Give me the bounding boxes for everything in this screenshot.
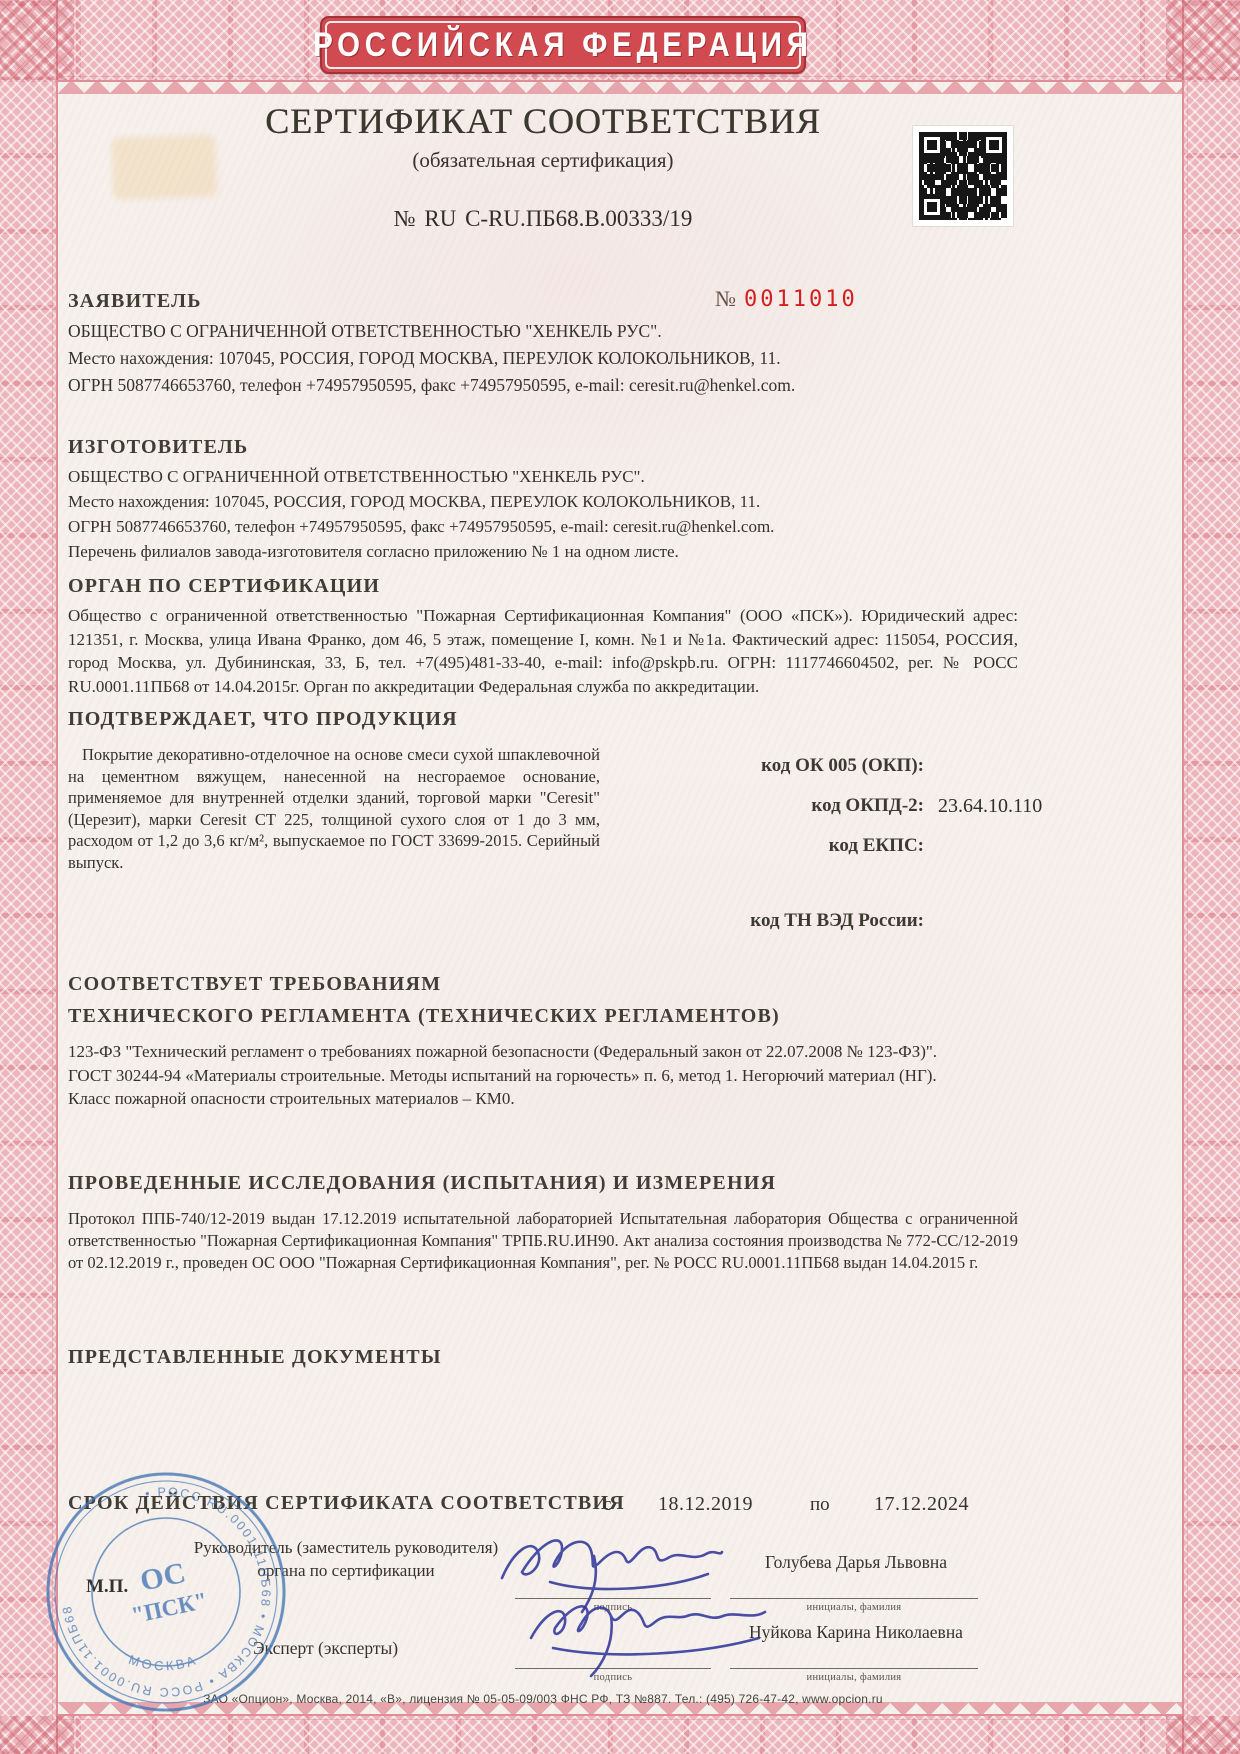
manufacturer-heading: ИЗГОТОВИТЕЛЬ	[68, 436, 248, 459]
tests-heading: ПРОВЕДЕННЫЕ ИССЛЕДОВАНИЯ (ИСПЫТАНИЯ) И И…	[68, 1172, 776, 1195]
manufacturer-details: ОБЩЕСТВО С ОГРАНИЧЕННОЙ ОТВЕТСТВЕННОСТЬЮ…	[68, 464, 1018, 564]
code-label: код ТН ВЭД России:	[750, 910, 924, 931]
documents-heading: ПРЕДСТАВЛЕННЫЕ ДОКУМЕНТЫ	[68, 1346, 442, 1369]
validity-from-date: 18.12.2019	[658, 1493, 753, 1516]
product-code-row: код ОК 005 (ОКП):	[608, 755, 924, 777]
certification-body-heading: ОРГАН ПО СЕРТИФИКАЦИИ	[68, 575, 380, 598]
applicant-line: ОБЩЕСТВО С ОГРАНИЧЕННОЙ ОТВЕТСТВЕННОСТЬЮ…	[68, 318, 1018, 345]
federation-banner-label: РОССИЙСКАЯ ФЕДЕРАЦИЯ	[313, 25, 812, 65]
compliance-details: 123-ФЗ "Технический регламент о требован…	[68, 1040, 1018, 1111]
applicant-line: ОГРН 5087746653760, телефон +74957950595…	[68, 372, 1018, 399]
compliance-heading-line2: ТЕХНИЧЕСКОГО РЕГЛАМЕНТА (ТЕХНИЧЕСКИХ РЕГ…	[68, 1005, 780, 1028]
certificate-page: РОССИЙСКАЯ ФЕДЕРАЦИЯ СЕРТИФИКАТ СООТВЕТС…	[0, 0, 1240, 1754]
manufacturer-line: ОГРН 5087746653760, телефон +74957950595…	[68, 514, 1018, 539]
product-code-row: код ТН ВЭД России:	[608, 910, 924, 932]
applicant-heading: ЗАЯВИТЕЛЬ	[68, 290, 202, 313]
stamp-center-line1: ОС	[137, 1556, 188, 1598]
code-label: код ОК 005 (ОКП):	[761, 755, 924, 776]
product-description: Покрытие декоративно-отделочное на основ…	[68, 744, 600, 873]
code-label: код ОКПД-2:	[811, 795, 924, 816]
federation-banner: РОССИЙСКАЯ ФЕДЕРАЦИЯ	[320, 16, 806, 74]
validity-to-date: 17.12.2024	[874, 1493, 969, 1516]
serial-number-symbol: №	[715, 286, 736, 311]
document-subtitle: (обязательная сертификация)	[68, 148, 1018, 173]
manufacturer-line: Место нахождения: 107045, РОССИЯ, ГОРОД …	[68, 489, 1018, 514]
manufacturer-line: Перечень филиалов завода-изготовителя со…	[68, 539, 1018, 564]
compliance-heading-line1: СООТВЕТСТВУЕТ ТРЕБОВАНИЯМ	[68, 973, 441, 996]
code-value: 23.64.10.110	[938, 795, 1042, 818]
manufacturer-line: ОБЩЕСТВО С ОГРАНИЧЕННОЙ ОТВЕТСТВЕННОСТЬЮ…	[68, 464, 1018, 489]
document-title: СЕРТИФИКАТ СООТВЕТСТВИЯ	[68, 100, 1018, 142]
applicant-line: Место нахождения: 107045, РОССИЯ, ГОРОД …	[68, 345, 1018, 372]
border-ornament-right	[1182, 0, 1240, 1754]
serial-number-digits: 0011010	[744, 287, 858, 312]
compliance-line: Класс пожарной опасности строительных ма…	[68, 1087, 1018, 1111]
certificate-number: № RU C-RU.ПБ68.В.00333/19	[68, 206, 1018, 232]
qr-finder-icon	[919, 132, 945, 158]
product-code-row: код ОКПД-2: 23.64.10.110	[608, 795, 924, 817]
stamp-bottom-text: МОСКВА	[124, 1639, 200, 1683]
form-serial-number: №0011010	[715, 286, 858, 312]
svg-text:МОСКВА: МОСКВА	[124, 1639, 200, 1683]
border-corner	[1166, 0, 1240, 80]
org-stamp: • РОСС RU.0001.11ПБ68 • МОСКВА • РОСС RU…	[12, 1438, 320, 1746]
head-name: Голубева Дарья Львовна	[732, 1552, 980, 1573]
validity-from-label: с	[603, 1494, 611, 1516]
border-corner	[0, 0, 74, 80]
compliance-line: 123-ФЗ "Технический регламент о требован…	[68, 1040, 1018, 1064]
validity-to-label: по	[810, 1494, 830, 1516]
applicant-details: ОБЩЕСТВО С ОГРАНИЧЕННОЙ ОТВЕТСТВЕННОСТЬЮ…	[68, 318, 1018, 399]
certification-body-text: Общество с ограниченной ответственностью…	[68, 604, 1018, 698]
stamp-center-line2: "ПСК"	[129, 1588, 209, 1628]
border-corner	[1166, 1716, 1240, 1754]
compliance-line: ГОСТ 30244-94 «Материалы строительные. М…	[68, 1064, 1018, 1088]
product-codes: код ОК 005 (ОКП): код ОКПД-2: 23.64.10.1…	[608, 745, 1018, 975]
code-label: код ЕКПС:	[829, 835, 924, 856]
tests-text: Протокол ППБ-740/12-2019 выдан 17.12.201…	[68, 1208, 1018, 1274]
qr-finder-icon	[981, 132, 1007, 158]
product-code-row: код ЕКПС:	[608, 835, 924, 857]
expert-signature	[523, 1578, 773, 1683]
product-heading: ПОДТВЕРЖДАЕТ, ЧТО ПРОДУКЦИЯ	[68, 708, 458, 731]
